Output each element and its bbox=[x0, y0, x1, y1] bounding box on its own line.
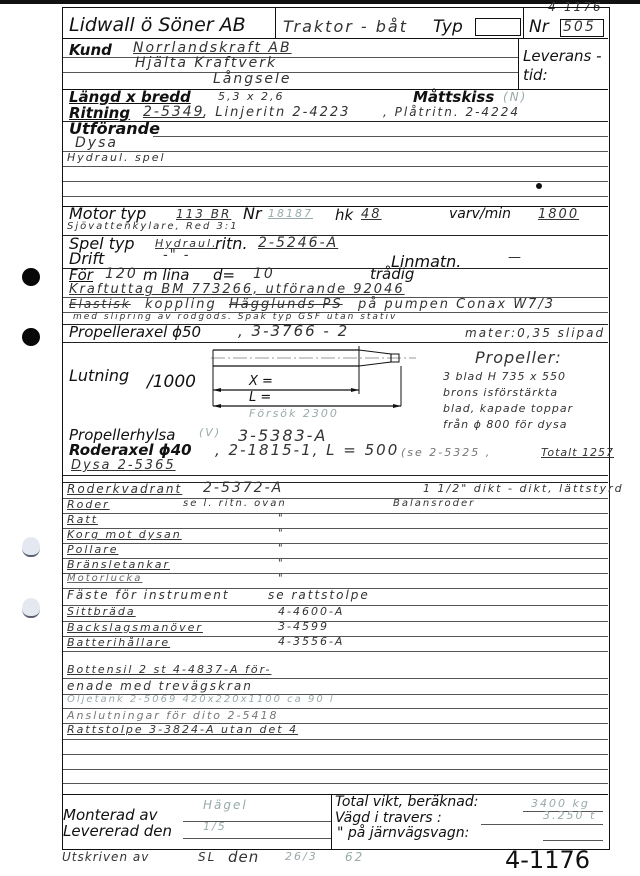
delivered-value: 1/5 bbox=[203, 820, 227, 833]
part-value: 2-5372-A bbox=[203, 480, 283, 496]
part-name: Roder bbox=[67, 498, 110, 511]
motor-nr-label: Nr bbox=[243, 204, 262, 223]
sketch-label: Måttskiss bbox=[413, 88, 494, 106]
coupling-text: koppling bbox=[145, 297, 217, 312]
execution-line-1: Dysa bbox=[75, 135, 118, 151]
punch-hole-icon bbox=[22, 268, 40, 286]
x-dimension-label: X = bbox=[249, 374, 273, 389]
drawing-value: 2-5349 bbox=[143, 104, 205, 120]
propeller-line-2: brons isförstärkta bbox=[443, 386, 558, 399]
nozzle-drawing: Dysa 2-5365 bbox=[71, 458, 176, 473]
total-weight-label: Total vikt, beräknad: bbox=[335, 794, 478, 810]
coupling-struck: Elastisk bbox=[69, 297, 131, 311]
part-value: se l. ritn. ovan bbox=[183, 498, 287, 509]
delivery-time-label: Leverans - bbox=[523, 47, 602, 65]
part-value: " bbox=[278, 528, 285, 539]
part-value: " bbox=[278, 558, 285, 569]
propeller-line-3: blad, kapade toppar bbox=[443, 402, 573, 415]
trial-note: Försök 2300 bbox=[249, 407, 339, 420]
extra-line-3: Oljetank 2-5069 420x220x1100 ca 90 l bbox=[67, 694, 335, 705]
delivery-time-label-2: tid: bbox=[523, 66, 548, 84]
nr-value: 505 bbox=[563, 19, 596, 35]
typ-field[interactable] bbox=[475, 18, 521, 36]
motor-nr-value: 18187 bbox=[268, 207, 313, 220]
execution-line-2: Hydraul. spel bbox=[67, 151, 166, 164]
coupling-struck-2: Hägglunds PS bbox=[229, 297, 343, 312]
customer-line-2: Hjälta Kraftverk bbox=[135, 55, 277, 71]
plate-drawing: , Plåtritn. 2-4224 bbox=[383, 105, 520, 119]
part-name: Backslagsmanöver bbox=[67, 621, 203, 634]
line-drawing: , Linjeritn 2-4223 bbox=[203, 105, 350, 120]
slope-value: /1000 bbox=[147, 372, 196, 392]
sketch-value: (N) bbox=[503, 90, 527, 104]
part-value: " bbox=[278, 513, 285, 524]
written-by-label: Utskriven av bbox=[62, 850, 149, 864]
rope-strand-label: trådig bbox=[370, 265, 414, 283]
part-value: 3-4599 bbox=[278, 620, 329, 633]
weighed-crane-value: 3.250 t bbox=[543, 809, 596, 822]
part-name: Sittbräda bbox=[67, 605, 136, 618]
extra-line-5: Rattstolpe 3-3824-A utan det 4 bbox=[67, 723, 298, 736]
power-takeoff: Kraftuttag BM 773266, utförande 92046 bbox=[69, 282, 405, 297]
part-note: 1 1/2" dikt - dikt, lättstyrd bbox=[423, 482, 624, 495]
motor-type-value: 113 BR bbox=[176, 207, 231, 221]
motor-note: Sjövattenkylare, Red 3:1 bbox=[67, 221, 239, 232]
written-date-value: 26/3 bbox=[285, 850, 318, 863]
rpm-value: 1800 bbox=[538, 207, 579, 222]
part-note: Balansroder bbox=[393, 498, 475, 509]
extra-line-2: enade med trevägskran bbox=[67, 679, 253, 693]
rudder-stock-label: Roderaxel ϕ40 bbox=[69, 441, 192, 459]
propeller-line-1: 3 blad H 735 x 550 bbox=[443, 370, 566, 383]
written-date-label: den bbox=[228, 848, 259, 866]
extra-line-4: Anslutningar för dito 2-5418 bbox=[67, 709, 278, 722]
winch-drawing-value: 2-5246-A bbox=[258, 235, 338, 251]
weighed-rail-label: " på järnvägsvagn: bbox=[337, 825, 469, 841]
customer-line-1: Norrlandskraft AB bbox=[133, 40, 292, 56]
part-name: Ratt bbox=[67, 513, 98, 526]
written-by-value: SL bbox=[198, 850, 216, 864]
coupling-rest: på pumpen Conax W7/3 bbox=[358, 297, 555, 312]
delivered-label: Levererad den bbox=[63, 822, 172, 840]
company-name: Lidwall ö Söner AB bbox=[69, 14, 246, 36]
part-name: Bränsletankar bbox=[67, 558, 170, 571]
rudder-stock-note: (se 2-5325 , bbox=[401, 446, 491, 459]
propeller-shaft-label: Propelleraxel ϕ50 bbox=[69, 323, 201, 341]
ink-spot bbox=[536, 183, 542, 189]
part-name: Motorlucka bbox=[67, 573, 142, 584]
propeller-title: Propeller: bbox=[475, 348, 562, 367]
hp-value: 48 bbox=[361, 207, 382, 222]
part-name: Batterihållare bbox=[67, 636, 170, 649]
mounted-by-value: Hägel bbox=[203, 798, 248, 812]
line-feed-value: — bbox=[508, 250, 523, 265]
rpm-label: varv/min bbox=[449, 206, 511, 222]
punch-hole-icon bbox=[22, 537, 40, 557]
rudder-stock-total: Totalt 1257 bbox=[541, 446, 614, 459]
winch-note: med slipring av rödgods. Spak typ GSF ut… bbox=[73, 312, 397, 322]
punch-hole-icon bbox=[22, 598, 40, 618]
sleeve-mark: (V) bbox=[199, 426, 221, 439]
winch-drawing-label: ritn. bbox=[215, 234, 248, 253]
drive-value: -" - bbox=[163, 248, 191, 263]
part-value: 4-4600-A bbox=[278, 605, 344, 618]
weighed-crane-label: Vägd i travers : bbox=[335, 810, 442, 826]
written-year-value: 62 bbox=[345, 850, 364, 864]
propeller-shaft-drawing: , 3-3766 - 2 bbox=[238, 322, 349, 340]
document-number: 4-1176 bbox=[505, 846, 590, 874]
part-value: " bbox=[278, 573, 285, 584]
part-name: Fäste för instrument bbox=[67, 588, 230, 602]
slope-label: Lutning bbox=[69, 366, 129, 385]
l-dimension-label: L = bbox=[249, 390, 271, 405]
shaft-material: mater:0,35 slipad bbox=[465, 326, 605, 340]
part-value: 4-3556-A bbox=[278, 635, 344, 648]
nr-label: Nr bbox=[529, 17, 549, 37]
scan-top-edge bbox=[0, 0, 640, 4]
order-form-sheet: Lidwall ö Söner AB Traktor - båt Typ Nr … bbox=[62, 7, 610, 850]
typ-label: Typ bbox=[433, 17, 463, 37]
rope-d-value: 10 bbox=[253, 266, 275, 282]
rope-length: 120 bbox=[105, 266, 138, 282]
customer-line-3: Långsele bbox=[213, 71, 292, 87]
length-width-value: 5,3 x 2,6 bbox=[218, 90, 285, 103]
extra-line-1: Bottensil 2 st 4-4837-A för- bbox=[67, 663, 271, 676]
part-value: " bbox=[278, 543, 285, 554]
rudder-stock-value: , 2-1815-1, L = 500 bbox=[215, 441, 399, 459]
part-name: Pollare bbox=[67, 543, 119, 556]
punch-hole-icon bbox=[22, 328, 40, 346]
propeller-line-4: från ϕ 800 för dysa bbox=[443, 418, 567, 431]
part-name: Roderkvadrant bbox=[67, 482, 182, 496]
part-name: Korg mot dysan bbox=[67, 528, 182, 541]
product-type: Traktor - båt bbox=[283, 17, 408, 36]
part-value: se rattstolpe bbox=[268, 588, 370, 602]
hp-label: hk bbox=[335, 206, 353, 224]
